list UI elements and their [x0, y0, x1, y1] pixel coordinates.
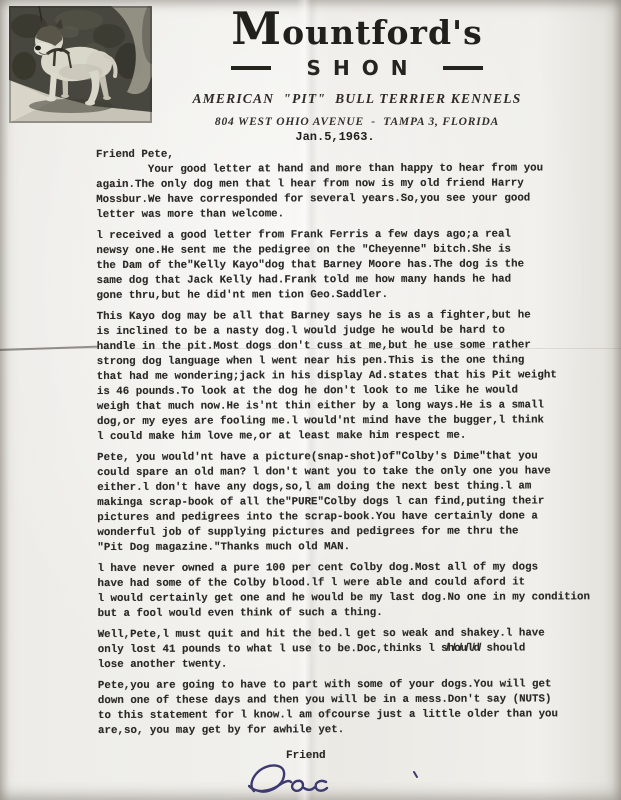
kennel-tagline: AMERICAN "PIT" BULL TERRIER KENNELS — [95, 91, 619, 107]
letter-paragraph-1: Friend Pete, Your good letter at hand an… — [96, 146, 618, 223]
kennel-brand-name: Mountford's — [95, 6, 619, 56]
signature-ink — [248, 760, 428, 800]
scanned-letter-page: Mountford's SHON AMERICAN "PIT" BULL TER… — [0, 0, 621, 800]
letter-paragraph-6: Well,Pete,l must quit and hit the bed.l … — [98, 626, 620, 673]
kennel-word: SHON — [295, 56, 420, 80]
letter-paragraph-4: Pete, you would'nt have a picture(snap-s… — [97, 449, 619, 556]
letter-paragraph-7: Pete,you are going to have to part with … — [98, 677, 620, 739]
letterhead: Mountford's SHON AMERICAN "PIT" BULL TER… — [95, 6, 619, 144]
left-dash-rule — [231, 66, 271, 70]
kennel-word-row: SHON — [95, 58, 619, 78]
kennel-address: 804 WEST OHIO AVENUE - TAMPA 3, FLORIDA — [95, 116, 619, 128]
letter-date: Jan.5,1963. — [73, 130, 597, 144]
letter-paragraph-5: l have never owned a pure 100 per cent C… — [97, 560, 619, 622]
letter-paragraph-3: This Kayo dog may be all that Barney say… — [97, 308, 619, 445]
letter-body: Friend Pete, Your good letter at hand an… — [96, 146, 620, 745]
letter-paragraph-2: l received a good letter from Frank Ferr… — [96, 227, 618, 304]
handwritten-signature — [248, 760, 428, 800]
right-dash-rule — [443, 66, 483, 70]
